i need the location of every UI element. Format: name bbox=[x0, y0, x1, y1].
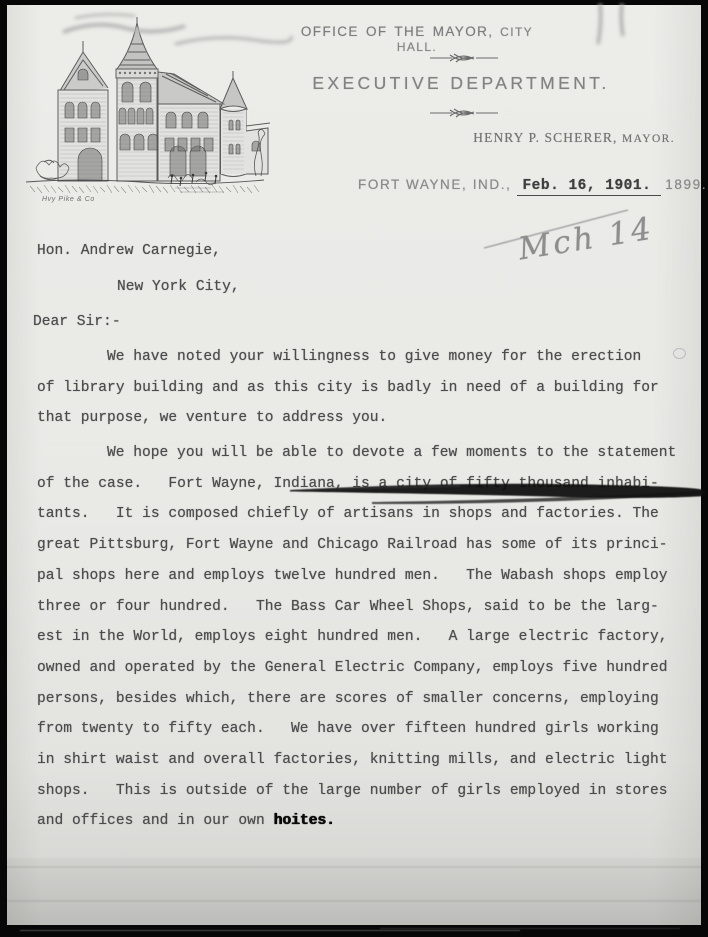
letter-line: from twenty to fifty each. We have over … bbox=[37, 714, 702, 745]
engraver-mark: Hvy Pike & Co bbox=[42, 196, 95, 203]
letter-line: of library building and as this city is … bbox=[37, 373, 702, 404]
department-title: EXECUTIVE DEPARTMENT. bbox=[305, 73, 617, 94]
smudge-marks bbox=[590, 2, 642, 48]
overtyped-word: hoites. bbox=[273, 813, 334, 829]
smudge-marks bbox=[55, 6, 295, 54]
office-line: OFFICE OF THE MAYOR, CITY HALL. bbox=[278, 24, 556, 54]
mayor-name-line: HENRY P. SCHERER, MAYOR. bbox=[425, 130, 675, 146]
recipient-city: New York City, bbox=[117, 279, 240, 295]
letter-line: est in the World, employs eight hundred … bbox=[37, 622, 702, 653]
scan-scratch bbox=[20, 930, 520, 931]
mayor-title: MAYOR. bbox=[622, 133, 675, 145]
letter-line: owned and operated by the General Electr… bbox=[37, 653, 702, 684]
salutation: Dear Sir:- bbox=[33, 314, 121, 330]
letter-line: shops. This is outside of the large numb… bbox=[37, 776, 702, 807]
flourish-ornament bbox=[428, 106, 500, 120]
printed-year: 1899. bbox=[665, 177, 707, 192]
letter-line: pal shops here and employs twelve hundre… bbox=[37, 561, 702, 592]
letter-line: in shirt waist and overall factories, kn… bbox=[37, 745, 702, 776]
letter-line: and offices and in our own hoites. bbox=[37, 806, 702, 837]
recipient-name: Hon. Andrew Carnegie, bbox=[37, 243, 221, 259]
letter-body: We have noted your willingness to give m… bbox=[37, 338, 702, 837]
letter-line: We have noted your willingness to give m… bbox=[37, 342, 702, 373]
flourish-ornament bbox=[428, 51, 500, 65]
ink-underline-mark bbox=[290, 478, 706, 508]
scan-streak bbox=[7, 866, 701, 868]
office-line-text: OFFICE OF THE MAYOR, bbox=[301, 24, 494, 39]
typed-date: Feb. 16, 1901. bbox=[517, 178, 661, 196]
mayor-name: HENRY P. SCHERER, bbox=[473, 130, 622, 145]
letter-line: We hope you will be able to devote a few… bbox=[37, 438, 702, 469]
place-name: FORT WAYNE, IND., bbox=[358, 177, 511, 192]
scanned-letter-page: OFFICE OF THE MAYOR, CITY HALL. EXECUTIV… bbox=[0, 0, 708, 937]
letter-line: great Pittsburg, Fort Wayne and Chicago … bbox=[37, 530, 702, 561]
letter-line: that purpose, we venture to address you. bbox=[37, 403, 702, 434]
letter-line: persons, besides which, there are scores… bbox=[37, 684, 702, 715]
scan-shading bbox=[7, 858, 701, 925]
scan-scratch bbox=[380, 928, 680, 929]
letter-line: three or four hundred. The Bass Car Whee… bbox=[37, 592, 702, 623]
scan-streak bbox=[7, 900, 701, 902]
date-line: FORT WAYNE, IND.,Feb. 16, 1901.1899. bbox=[358, 177, 707, 194]
